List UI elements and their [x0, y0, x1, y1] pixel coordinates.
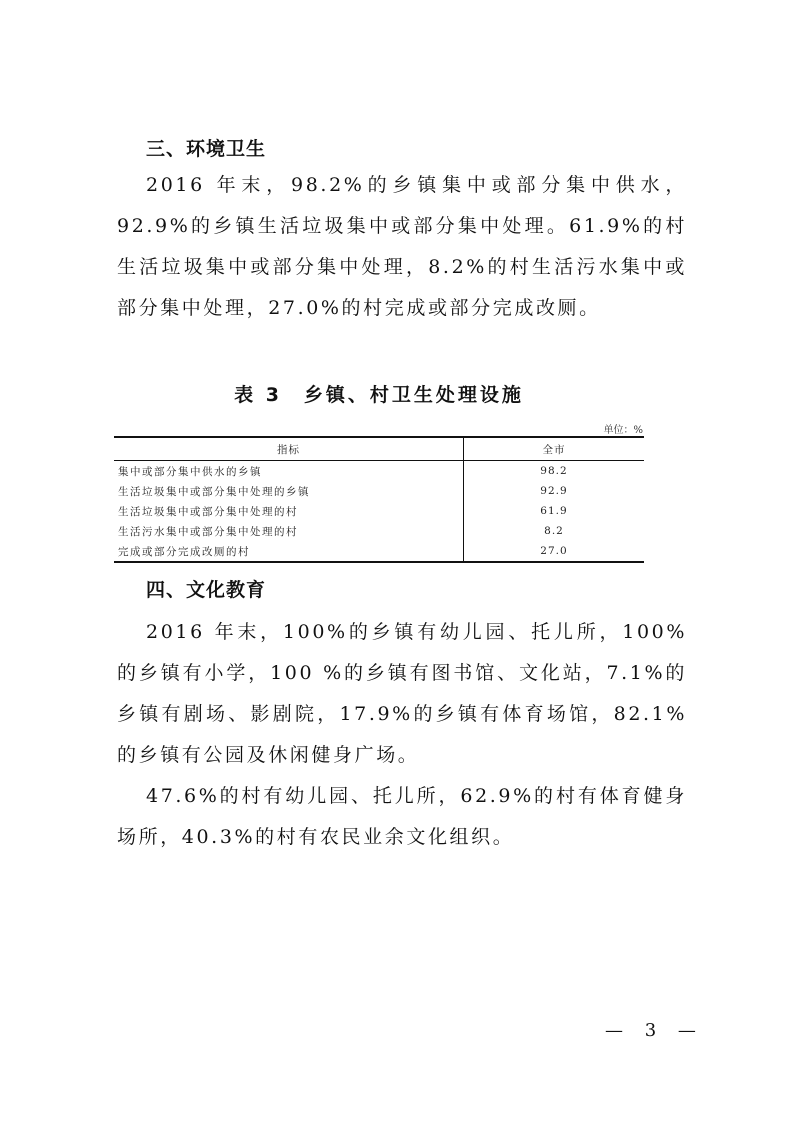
- table-unit: 单位：%: [603, 421, 643, 436]
- section-4-heading: 四、文化教育: [146, 575, 266, 602]
- header-indicator: 指标: [114, 437, 464, 461]
- table-row: 完成或部分完成改厕的村 27.0: [114, 541, 644, 562]
- row-indicator: 生活污水集中或部分集中处理的村: [114, 521, 464, 541]
- row-value: 98.2: [464, 461, 645, 482]
- table-row: 集中或部分集中供水的乡镇 98.2: [114, 461, 644, 482]
- row-value: 8.2: [464, 521, 645, 541]
- row-indicator: 生活垃圾集中或部分集中处理的村: [114, 501, 464, 521]
- row-value: 92.9: [464, 481, 645, 501]
- row-indicator: 集中或部分集中供水的乡镇: [114, 461, 464, 482]
- section-3-paragraph: 2016 年末，98.2%的乡镇集中或部分集中供水，92.9%的乡镇生活垃圾集中…: [117, 165, 687, 329]
- header-city: 全市: [464, 437, 645, 461]
- row-indicator: 生活垃圾集中或部分集中处理的乡镇: [114, 481, 464, 501]
- table-row: 生活污水集中或部分集中处理的村 8.2: [114, 521, 644, 541]
- table-header-row: 指标 全市: [114, 437, 644, 461]
- page-number: — 3 —: [605, 1020, 704, 1041]
- section-3-heading: 三、环境卫生: [146, 134, 266, 161]
- section-4-paragraph-1: 2016 年末，100%的乡镇有幼儿园、托儿所，100%的乡镇有小学，100 %…: [117, 612, 687, 776]
- row-indicator: 完成或部分完成改厕的村: [114, 541, 464, 562]
- row-value: 61.9: [464, 501, 645, 521]
- table-row: 生活垃圾集中或部分集中处理的乡镇 92.9: [114, 481, 644, 501]
- section-4-paragraph-2: 47.6%的村有幼儿园、托儿所，62.9%的村有体育健身场所，40.3%的村有农…: [117, 776, 687, 858]
- row-value: 27.0: [464, 541, 645, 562]
- table-caption: 表 3 乡镇、村卫生处理设施: [114, 380, 644, 407]
- sanitation-table: 指标 全市 集中或部分集中供水的乡镇 98.2 生活垃圾集中或部分集中处理的乡镇…: [114, 436, 644, 563]
- table-row: 生活垃圾集中或部分集中处理的村 61.9: [114, 501, 644, 521]
